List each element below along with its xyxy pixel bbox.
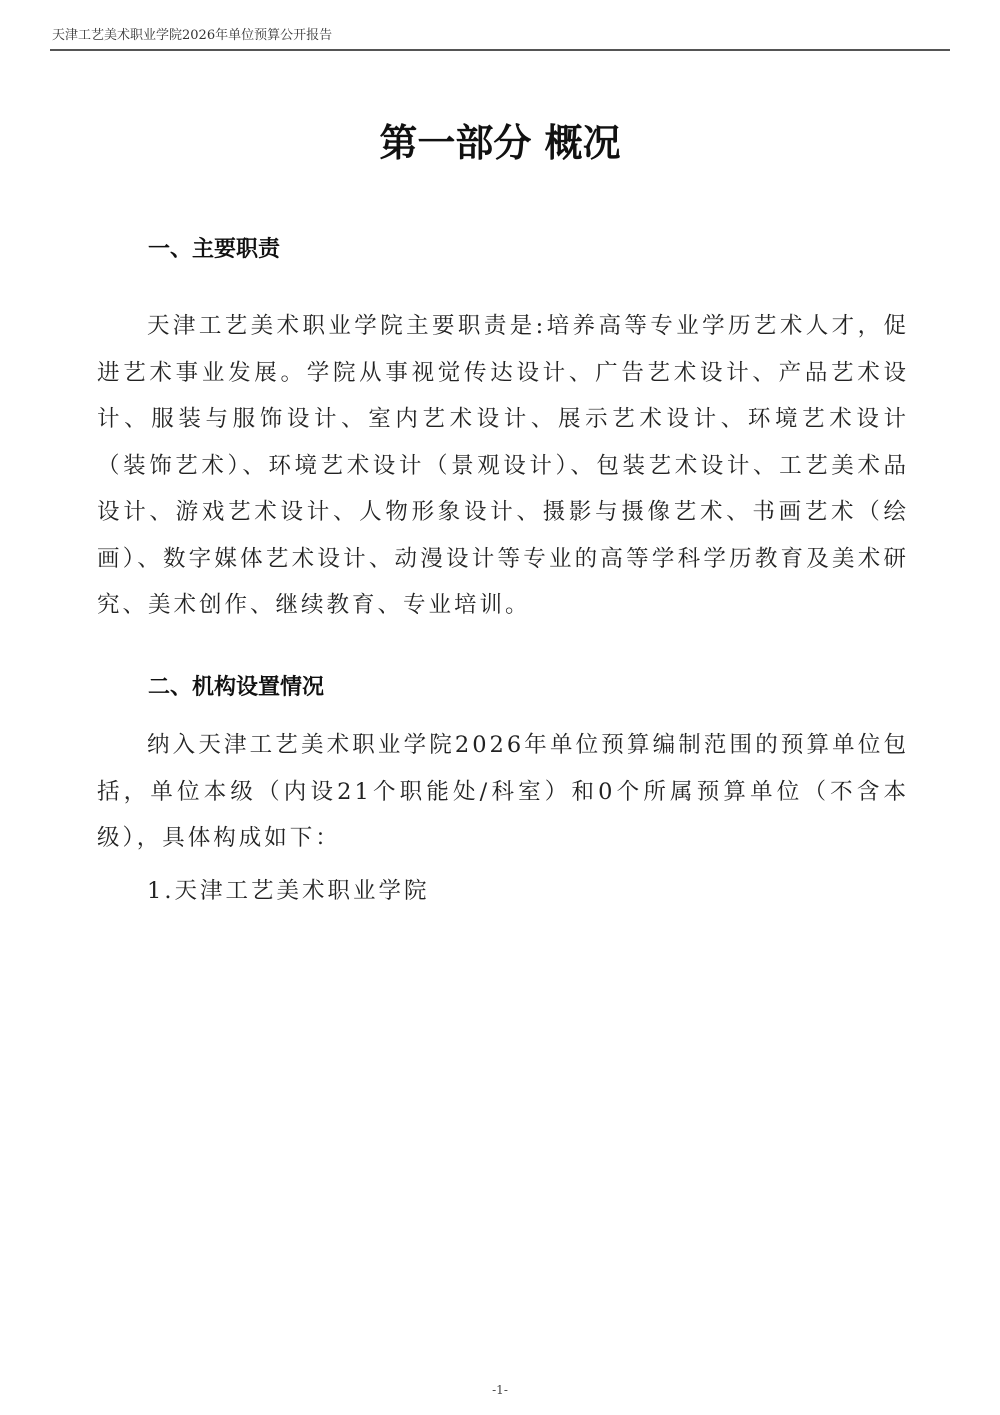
section-paragraph-organization: 纳入天津工艺美术职业学院2026年单位预算编制范围的预算单位包括，单位本级（内设… [97,722,909,862]
section-heading-responsibilities: 一、主要职责 [148,232,280,263]
section-heading-organization: 二、机构设置情况 [148,670,324,701]
running-header-title: 天津工艺美术职业学院2026年单位预算公开报告 [52,24,332,43]
section-paragraph-responsibilities: 天津工艺美术职业学院主要职责是:培养高等专业学历艺术人才，促进艺术事业发展。学院… [97,303,909,629]
organization-list-item: 1.天津工艺美术职业学院 [147,873,429,905]
page-title: 第一部分 概况 [0,112,1000,167]
header-divider [50,49,950,51]
page-number: -1- [0,1383,1000,1397]
